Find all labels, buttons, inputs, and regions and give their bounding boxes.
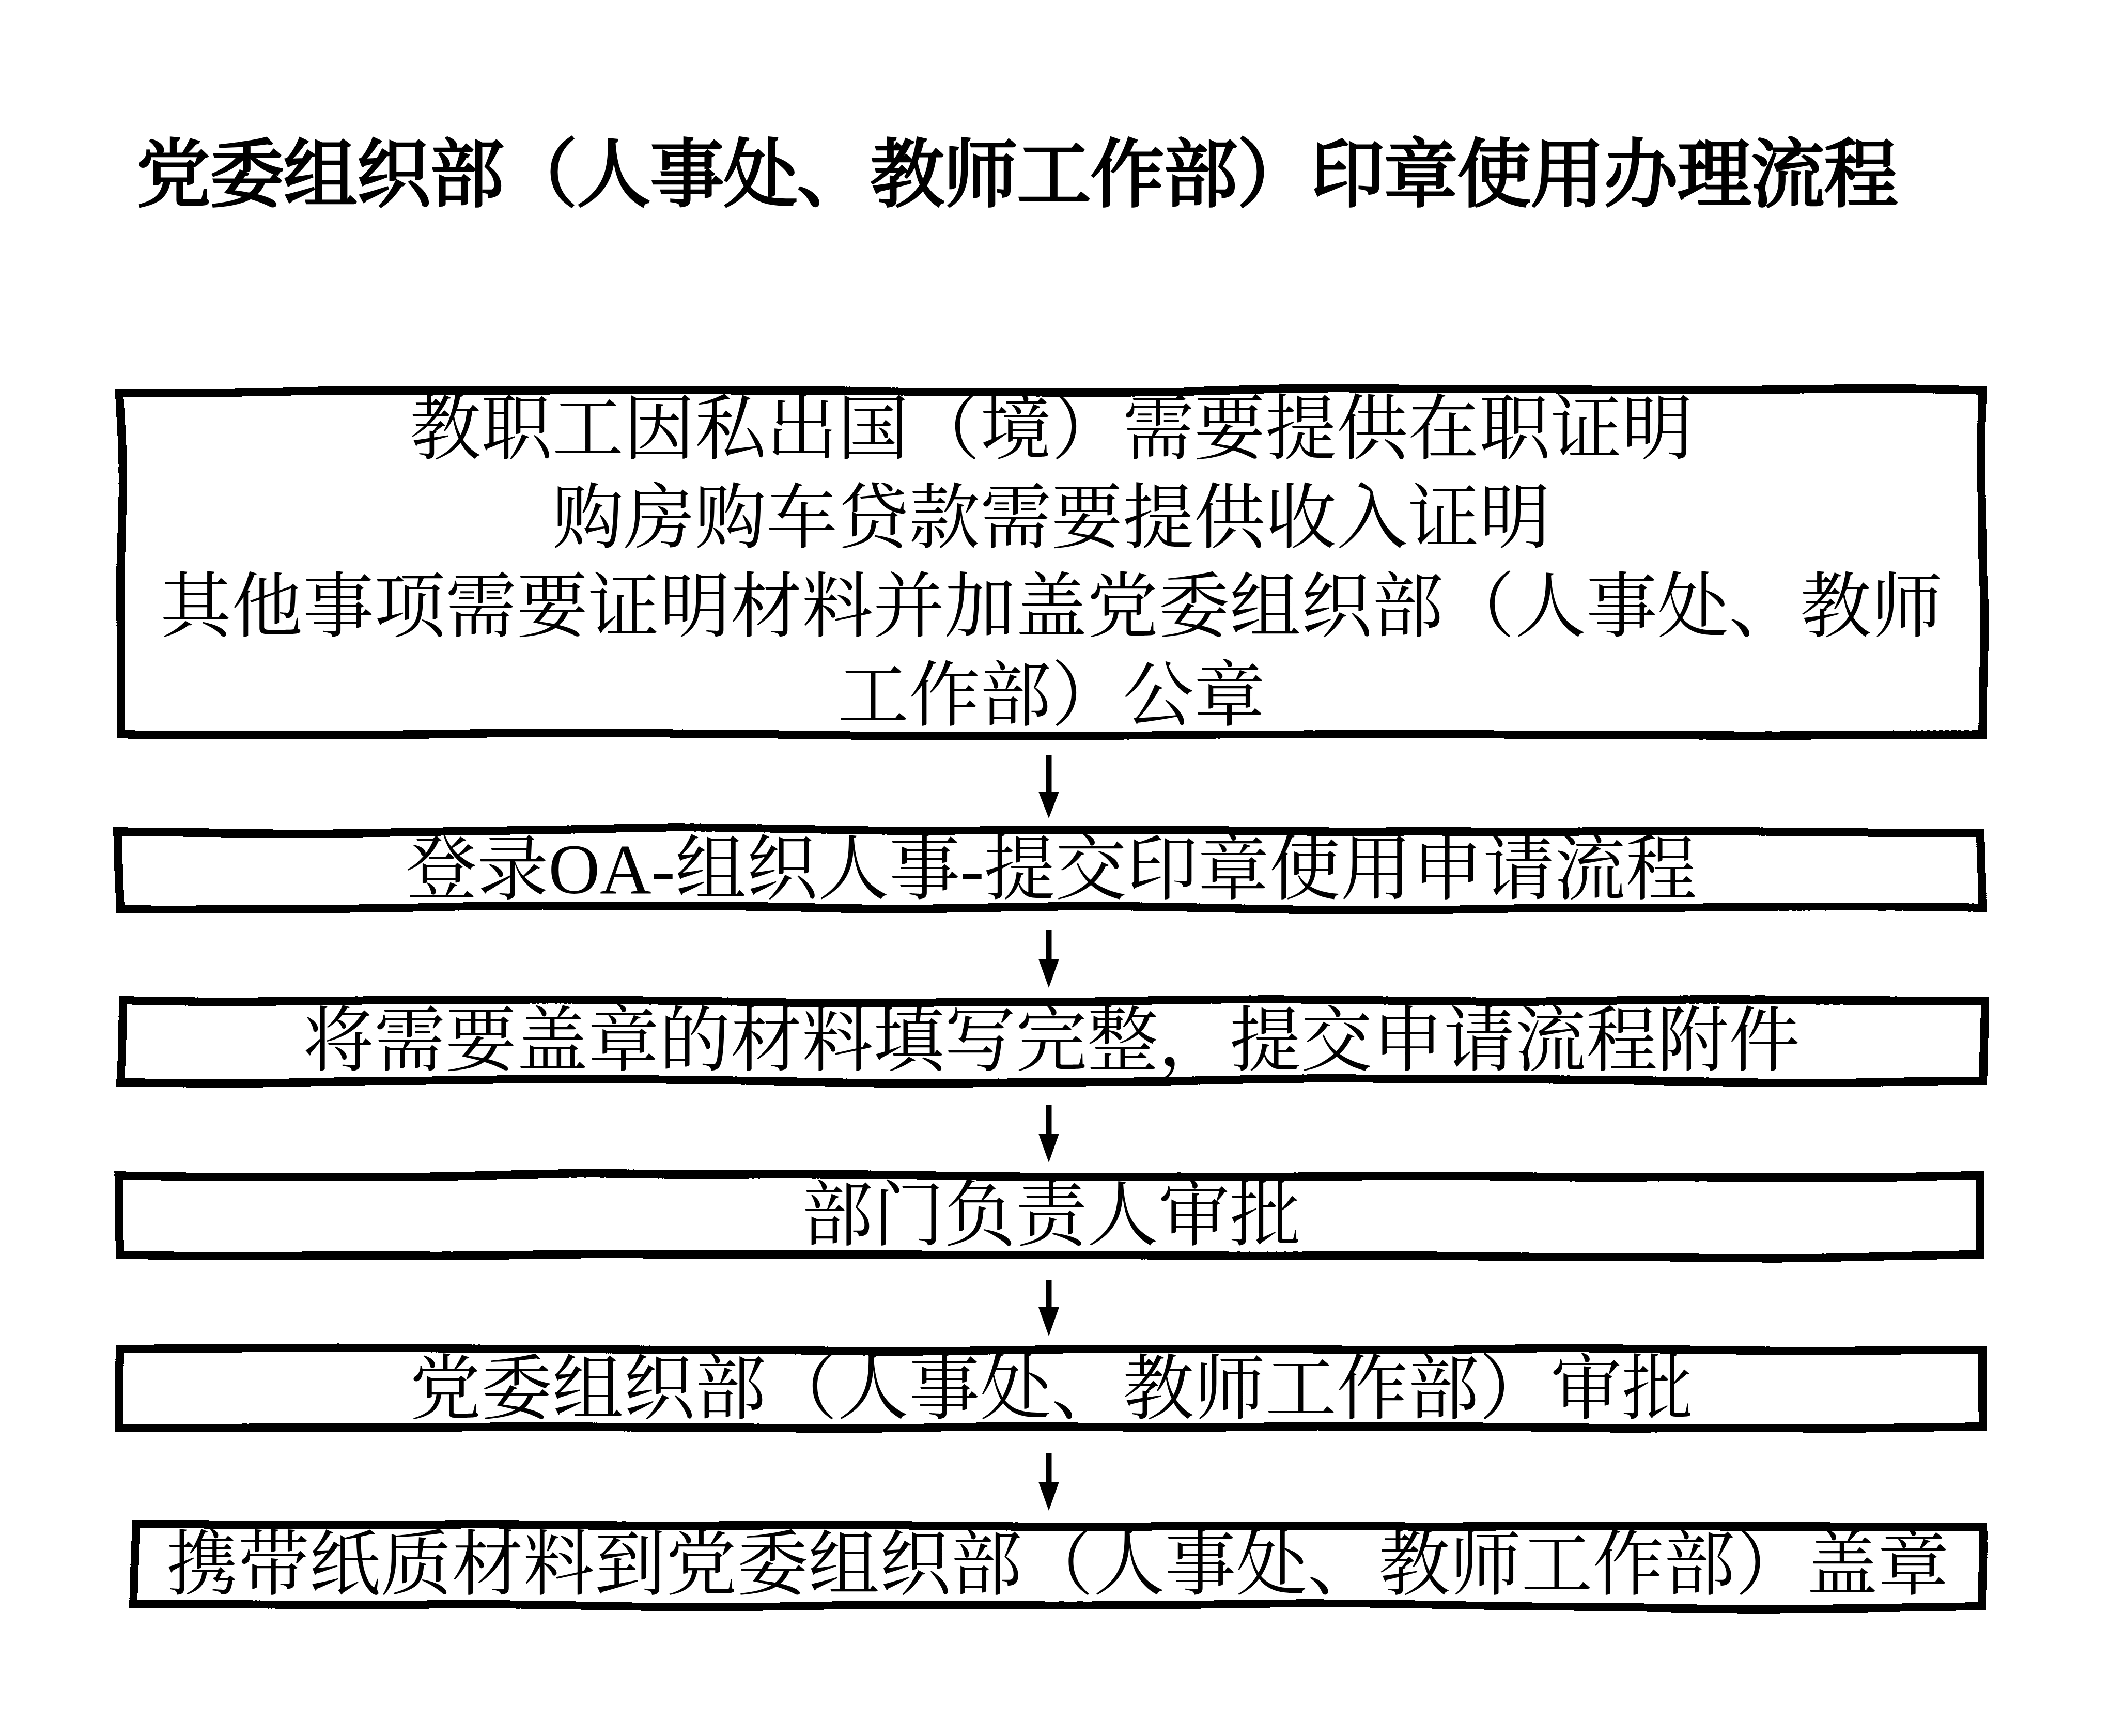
flow-step-4-label: 部门负责人审批 xyxy=(802,1171,1301,1260)
flow-step-1-line: 教职工因私出国（境）需要提供在职证明 xyxy=(410,385,1693,474)
arrow-down-icon xyxy=(1038,1280,1059,1336)
flow-step-2: 登录OA-组织人事-提交印章使用申请流程 xyxy=(116,827,1987,912)
flow-step-1-line: 工作部）公章 xyxy=(837,652,1265,740)
page-title: 党委组织部（人事处、教师工作部）印章使用办理流程 xyxy=(87,135,1947,217)
arrow-down-icon xyxy=(1038,1105,1059,1163)
flow-step-2-label: 登录OA-组织人事-提交印章使用申请流程 xyxy=(406,825,1697,914)
flow-step-6: 携带纸质材料到党委组织部（人事处、教师工作部）盖章 xyxy=(129,1521,1987,1609)
flow-step-1-line: 购房购车贷款需要提供收入证明 xyxy=(552,474,1550,563)
flow-step-1: 教职工因私出国（境）需要提供在职证明 购房购车贷款需要提供收入证明 其他事项需要… xyxy=(116,386,1987,739)
flowchart-page: 党委组织部（人事处、教师工作部）印章使用办理流程 教职工因私出国（境）需要提供在… xyxy=(0,0,2110,1736)
arrow-down-icon xyxy=(1038,755,1059,818)
arrow-down-icon xyxy=(1038,1453,1059,1511)
flow-step-3: 将需要盖章的材料填写完整，提交申请流程附件 xyxy=(116,997,1987,1085)
arrow-down-icon xyxy=(1038,930,1059,988)
flow-step-3-label: 将需要盖章的材料填写完整，提交申请流程附件 xyxy=(303,997,1800,1086)
flow-step-1-line: 其他事项需要证明材料并加盖党委组织部（人事处、教师 xyxy=(160,563,1943,652)
flow-step-5: 党委组织部（人事处、教师工作部）审批 xyxy=(116,1346,1987,1432)
flow-step-4: 部门负责人审批 xyxy=(116,1172,1987,1260)
flow-step-6-label: 携带纸质材料到党委组织部（人事处、教师工作部）盖章 xyxy=(166,1521,1949,1609)
flow-step-5-label: 党委组织部（人事处、教师工作部）审批 xyxy=(410,1345,1693,1434)
